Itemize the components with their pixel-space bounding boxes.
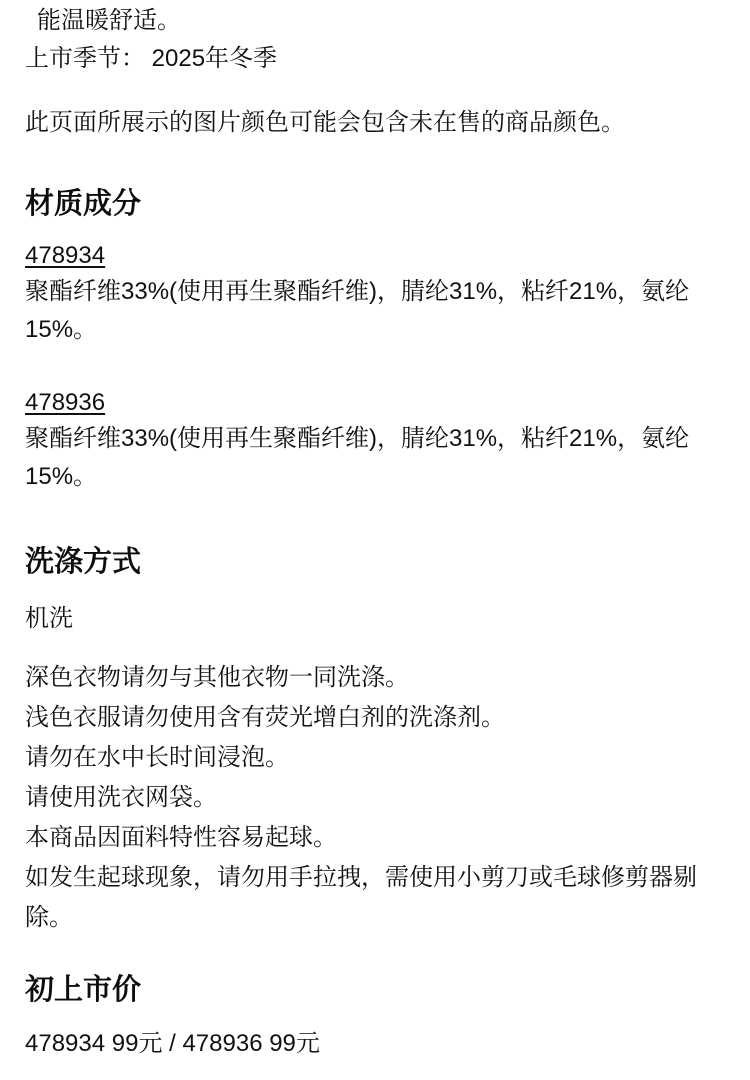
product-code-link-478934[interactable]: 478934 [25, 239, 105, 273]
intro-section: 能温暖舒适。 上市季节： 2025年冬季 此页面所展示的图片颜色可能会包含未在售… [25, 2, 725, 142]
washing-note: 深色衣物请勿与其他衣物一同洗涤。 [25, 658, 725, 698]
washing-note: 请勿在水中长时间浸泡。 [25, 738, 725, 778]
washing-note: 浅色衣服请勿使用含有荧光增白剂的洗涤剂。 [25, 698, 725, 738]
material-item: 478934 聚酯纤维33%(使用再生聚酯纤维)，腈纶31%，粘纤21%，氨纶1… [25, 239, 725, 349]
washing-notes-list: 深色衣物请勿与其他衣物一同洗涤。 浅色衣服请勿使用含有荧光增白剂的洗涤剂。 请勿… [25, 658, 725, 938]
composition-text: 聚酯纤维33%(使用再生聚酯纤维)，腈纶31%，粘纤21%，氨纶15%。 [25, 420, 725, 496]
material-composition-heading: 材质成分 [25, 184, 725, 224]
washing-note: 本商品因面料特性容易起球。 [25, 818, 725, 858]
washing-note: 如发生起球现象，请勿用手拉拽，需使用小剪刀或毛球修剪器剔除。 [25, 858, 725, 938]
initial-price-value: 478934 99元 / 478936 99元 [25, 1025, 725, 1063]
washing-note: 请使用洗衣网袋。 [25, 778, 725, 818]
washing-method-text: 机洗 [25, 600, 725, 638]
description-continuation-text: 能温暖舒适。 [25, 2, 725, 40]
color-availability-notice: 此页面所展示的图片颜色可能会包含未在售的商品颜色。 [25, 104, 725, 142]
product-detail-page: 能温暖舒适。 上市季节： 2025年冬季 此页面所展示的图片颜色可能会包含未在售… [0, 0, 750, 1080]
product-code-link-478936[interactable]: 478936 [25, 386, 105, 420]
composition-text: 聚酯纤维33%(使用再生聚酯纤维)，腈纶31%，粘纤21%，氨纶15%。 [25, 273, 725, 349]
initial-price-heading: 初上市价 [25, 970, 725, 1010]
launch-season-text: 上市季节： 2025年冬季 [25, 40, 725, 78]
washing-method-heading: 洗涤方式 [25, 542, 725, 582]
material-item: 478936 聚酯纤维33%(使用再生聚酯纤维)，腈纶31%，粘纤21%，氨纶1… [25, 386, 725, 496]
